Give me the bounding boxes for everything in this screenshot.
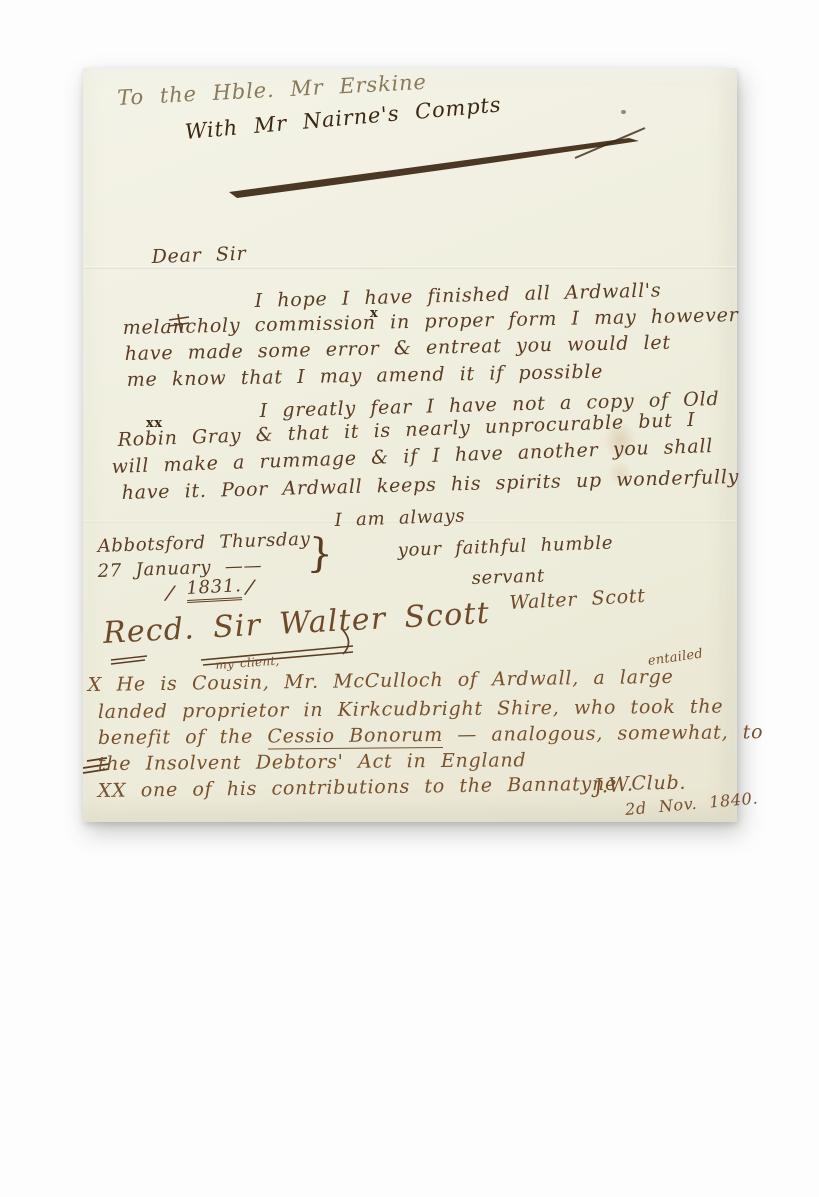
letter-sheet: To the Hble. Mr Erskine With Mr Nairne's… (83, 68, 737, 822)
dateline-slash: / (165, 580, 176, 605)
footnote-line: landed proprietor in Kirkcudbright Shire… (98, 696, 724, 723)
footnote-x-mark: x (370, 306, 378, 321)
dateline-year: 1831. (186, 575, 242, 599)
body-line: me know that I may amend it if possible (127, 361, 604, 391)
footnote-line: the Insolvent Debtors' Act in England (98, 749, 527, 775)
annotator-initials: J.W. (593, 771, 634, 798)
docket-line: Recd. Sir Walter Scott (102, 596, 491, 651)
closing-always: I am always (334, 505, 465, 531)
salutation: Dear Sir (151, 243, 247, 268)
footnote-line: benefit of the Cessio Bonorum — analogou… (98, 721, 764, 749)
footnote-line: X He is Cousin, Mr. McCulloch of Ardwall… (88, 666, 674, 696)
closing-faithful: your faithful humble (397, 532, 613, 561)
dateline-slash: / (245, 574, 256, 599)
ink-speck (621, 110, 626, 114)
footnote-xx-mark: xx (146, 416, 163, 431)
closing-servant: servant (471, 565, 545, 589)
dateline-brace: } (306, 530, 336, 578)
scan-background: To the Hble. Mr Erskine With Mr Nairne's… (0, 0, 819, 1197)
dateline-place: Abbotsford Thursday (97, 529, 311, 557)
signature: Walter Scott (509, 585, 646, 614)
insert-my-client: my client, (215, 654, 280, 672)
